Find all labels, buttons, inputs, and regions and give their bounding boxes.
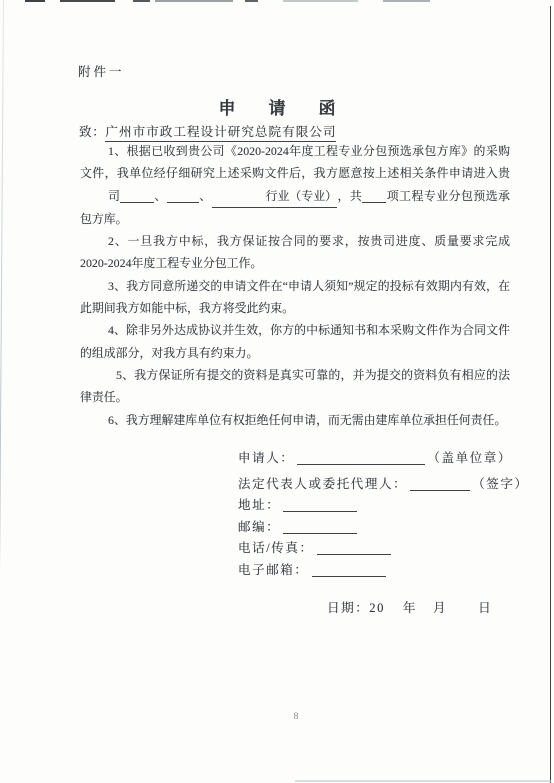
address-label: 地址：	[238, 498, 280, 512]
phone-fax-label: 电话/传真：	[238, 541, 314, 555]
scan-artifact-top-dash	[60, 0, 115, 2]
date-line: 日期：20年月日	[327, 597, 492, 616]
form-row-address: 地址：	[238, 495, 529, 516]
salutation-line: 致：广州市市政工程设计研究总院有限公司	[79, 121, 336, 140]
blank-line-industry-1	[120, 189, 154, 203]
form-row-email: 电子邮箱：	[238, 560, 529, 581]
scan-artifact-top-dash	[245, 0, 258, 2]
paragraph-1: 1、根据已收到贵公司《2020-2024年度工程专业分包预选承包方库》的采购文件…	[80, 140, 510, 230]
email-label: 电子邮箱：	[238, 563, 309, 577]
legal-rep-suffix: （签字）	[472, 477, 528, 491]
fill-in-group-1: 司	[80, 185, 154, 207]
scan-artifact-top-dash	[25, 0, 45, 2]
date-day-label: 日	[478, 601, 492, 615]
scan-artifact-top-dash	[283, 0, 358, 2]
form-row-postcode: 邮编：	[238, 517, 529, 538]
paragraph-1-text-2: ，共	[337, 189, 362, 203]
form-row-phone-fax: 电话/传真：	[238, 538, 529, 559]
address-blank-line	[283, 498, 357, 512]
signature-block: 申请人：（盖单位章） 法定代表人或委托代理人：（签字） 地址： 邮编： 电话/传…	[238, 448, 529, 581]
salutation-prefix: 致：	[79, 125, 105, 139]
email-blank-line	[312, 563, 386, 577]
page-number: 8	[0, 712, 554, 722]
legal-rep-blank-line	[410, 477, 470, 491]
scan-artifact-top-dash	[383, 0, 430, 2]
separator-1: 、	[154, 189, 167, 203]
letter-body: 1、根据已收到贵公司《2020-2024年度工程专业分包预选承包方库》的采购文件…	[80, 140, 510, 431]
postcode-blank-line	[283, 520, 357, 534]
paragraph-5: 5、我方保证所有提交的资料是真实可靠的，并为提交的资料负有相应的法律责任。	[80, 364, 510, 409]
phone-fax-blank-line	[317, 541, 391, 555]
page-title: 申请函	[0, 94, 554, 119]
applicant-blank-line	[297, 451, 425, 465]
attachment-label: 附件一	[78, 62, 125, 80]
document-page: 附件一 申请函 致：广州市市政工程设计研究总院有限公司 1、根据已收到贵公司《2…	[0, 0, 554, 783]
form-row-legal-rep: 法定代表人或委托代理人：（签字）	[238, 474, 529, 495]
industry-label: 行业（专业）	[266, 189, 337, 203]
blank-line-count	[362, 189, 386, 203]
scan-artifact-top-dash	[155, 0, 233, 2]
paragraph-3: 3、我方同意所递交的申请文件在“申请人须知”规定的投标有效期内有效，在此期间我方…	[80, 275, 510, 320]
applicant-suffix: （盖单位章）	[427, 451, 512, 465]
scan-smudge-bottom	[295, 780, 551, 782]
legal-rep-label: 法定代表人或委托代理人：	[238, 477, 407, 491]
blank-line-industry-2	[167, 189, 199, 203]
separator-2: 、	[199, 189, 212, 203]
paragraph-4: 4、除非另外达成协议并生效，你方的中标通知书和本采购文件作为合同文件的组成部分，…	[80, 319, 510, 364]
date-label: 日期：	[327, 601, 369, 615]
postcode-label: 邮编：	[238, 520, 280, 534]
scan-edge-right-line	[550, 6, 552, 783]
paragraph-1-text: 1、根据已收到贵公司《2020-2024年度工程专业分包预选承包方库》的采购文件…	[80, 144, 510, 180]
blank-line-industry-3: 行业（专业）	[212, 185, 337, 208]
paragraph-1-si: 司	[108, 189, 120, 203]
paragraph-6: 6、我方理解建库单位有权拒绝任何申请，而无需由建库单位承担任何责任。	[80, 409, 510, 431]
date-month-label: 月	[433, 601, 447, 615]
scan-artifact-top-dash	[133, 0, 150, 2]
paragraph-2: 2、一旦我方中标，我方保证按合同的要求，按贵司进度、质量要求完成2020-202…	[80, 230, 510, 275]
form-row-applicant: 申请人：（盖单位章）	[238, 448, 529, 474]
applicant-label: 申请人：	[238, 451, 294, 465]
date-year-prefix: 20	[369, 601, 385, 615]
date-year-label: 年	[403, 601, 417, 615]
